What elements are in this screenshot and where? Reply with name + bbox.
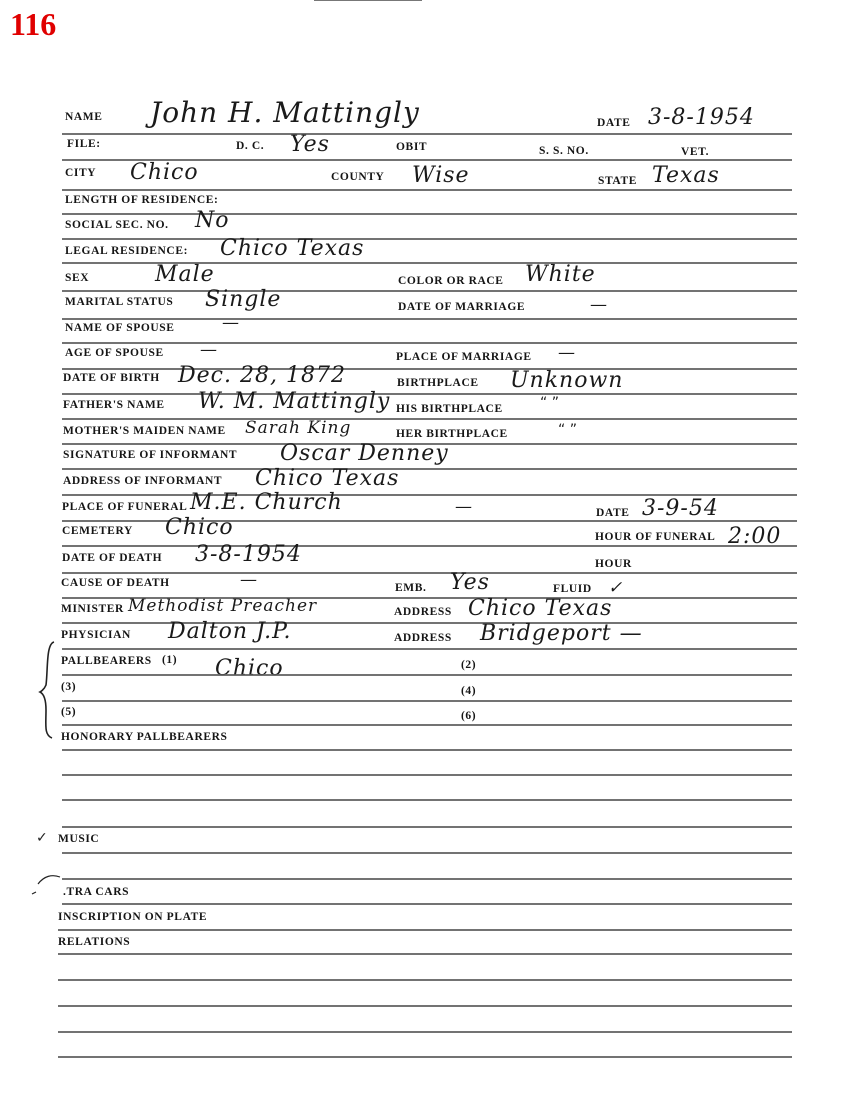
file-label: FILE: <box>67 138 101 150</box>
fathers-name-value[interactable]: W. M. Mattingly <box>198 389 390 414</box>
her-birthplace-value[interactable]: “ ” <box>558 422 577 438</box>
rule <box>62 133 792 135</box>
birthplace-label: BIRTHPLACE <box>397 377 479 389</box>
minister-address-value[interactable]: Chico Texas <box>468 596 612 621</box>
music-label: MUSIC <box>58 833 99 845</box>
cemetery-label: CEMETERY <box>62 525 133 537</box>
mothers-maiden-name-label: MOTHER'S MAIDEN NAME <box>63 425 226 437</box>
legal-residence-label: LEGAL RESIDENCE: <box>65 245 188 257</box>
inscription-on-plate-label: INSCRIPTION ON PLATE <box>58 911 207 923</box>
address-of-informant-value[interactable]: Chico Texas <box>255 466 399 491</box>
place-of-funeral-label: PLACE OF FUNERAL <box>62 501 187 513</box>
fathers-name-label: FATHER'S NAME <box>63 399 165 411</box>
minister-address-label: ADDRESS <box>394 606 452 618</box>
rule <box>62 903 792 905</box>
physician-address-value[interactable]: Bridgeport — <box>480 621 643 646</box>
music-line[interactable] <box>62 878 792 880</box>
social-sec-label: SOCIAL SEC. NO. <box>65 219 169 231</box>
minister-label: MINISTER <box>61 603 124 615</box>
legal-residence-value[interactable]: Chico Texas <box>220 236 364 261</box>
rule <box>62 418 797 420</box>
sex-label: SEX <box>65 272 89 284</box>
place-of-funeral-dash: — <box>455 497 473 517</box>
ss-no-label: S. S. NO. <box>539 145 589 157</box>
pallbearer-slot-2[interactable]: (2) <box>461 659 476 671</box>
rule <box>62 393 797 395</box>
his-birthplace-value[interactable]: “ ” <box>540 395 559 411</box>
rule <box>62 368 797 370</box>
date-of-birth-value[interactable]: Dec. 28, 1872 <box>178 363 346 388</box>
pallbearer-slot-1[interactable]: (1) <box>162 654 177 666</box>
physician-label: PHYSICIAN <box>61 629 131 641</box>
state-value[interactable]: Texas <box>652 163 720 188</box>
signature-of-informant-value[interactable]: Oscar Denney <box>280 441 449 466</box>
funeral-date-value[interactable]: 3-9-54 <box>642 496 719 521</box>
handwritten-brace-icon <box>38 640 58 740</box>
relations-line-2[interactable] <box>58 1005 792 1007</box>
pallbearer-slot-4[interactable]: (4) <box>461 685 476 697</box>
rule <box>62 572 797 574</box>
pallbearer-slot-5[interactable]: (5) <box>61 706 76 718</box>
place-of-marriage-label: PLACE OF MARRIAGE <box>396 351 532 363</box>
marital-status-label: MARITAL STATUS <box>65 296 173 308</box>
place-of-marriage-value[interactable]: — <box>558 343 576 363</box>
county-label: COUNTY <box>331 171 384 183</box>
honorary-line-1[interactable] <box>62 774 792 776</box>
rule <box>62 545 797 547</box>
date-of-death-label: DATE OF DEATH <box>62 552 162 564</box>
rule <box>62 468 797 470</box>
rule <box>62 749 792 751</box>
age-of-spouse-value[interactable]: — <box>200 340 218 360</box>
color-race-label: COLOR OR RACE <box>398 275 504 287</box>
sex-value[interactable]: Male <box>155 262 215 287</box>
pallbearer-slot-6[interactable]: (6) <box>461 710 476 722</box>
length-of-residence-label: LENGTH OF RESIDENCE: <box>65 194 218 206</box>
relations-label: RELATIONS <box>58 936 130 948</box>
pallbearers-label: PALLBEARERS <box>61 655 152 667</box>
relations-line-1[interactable] <box>58 979 792 981</box>
date-of-death-value[interactable]: 3-8-1954 <box>195 542 302 567</box>
name-label: NAME <box>65 111 103 123</box>
his-birthplace-label: HIS BIRTHPLACE <box>396 403 503 415</box>
date-of-birth-label: DATE OF BIRTH <box>63 372 160 384</box>
rule <box>62 700 792 702</box>
hour-label: HOUR <box>595 558 632 570</box>
relations-line-3[interactable] <box>58 1031 792 1033</box>
color-race-value[interactable]: White <box>525 262 596 287</box>
honorary-line-2[interactable] <box>62 799 792 801</box>
margin-checkmark-icon: ✓ <box>36 830 48 846</box>
name-value[interactable]: John H. Mattingly <box>150 96 420 129</box>
hour-of-funeral-label: HOUR OF FUNERAL <box>595 531 715 543</box>
funeral-date-label: DATE <box>596 507 630 519</box>
dc-label: D. C. <box>236 140 264 152</box>
pallbearer-slot-3[interactable]: (3) <box>61 681 76 693</box>
rule <box>62 724 792 726</box>
rule <box>62 290 797 292</box>
rule <box>58 929 792 931</box>
honorary-line-3[interactable] <box>62 826 792 828</box>
date-label: DATE <box>597 117 631 129</box>
rule <box>62 238 797 240</box>
rule <box>62 648 797 650</box>
marital-status-value[interactable]: Single <box>205 287 281 312</box>
minister-value[interactable]: Methodist Preacher <box>128 596 317 616</box>
name-of-spouse-label: NAME OF SPOUSE <box>65 322 175 334</box>
vet-label: VET. <box>681 146 709 158</box>
name-of-spouse-value[interactable]: — <box>222 313 240 333</box>
page-number: 116 <box>10 6 56 43</box>
rule <box>58 953 792 955</box>
date-of-marriage-value[interactable]: — <box>590 295 608 315</box>
rule <box>62 189 792 191</box>
fluid-checkmark[interactable]: ✓ <box>608 578 623 598</box>
age-of-spouse-label: AGE OF SPOUSE <box>65 347 164 359</box>
scan-edge-line <box>314 0 422 1</box>
pallbearers-note[interactable]: Chico <box>215 656 284 681</box>
relations-line-4[interactable] <box>58 1056 792 1058</box>
state-label: STATE <box>598 175 637 187</box>
cause-of-death-label: CAUSE OF DEATH <box>61 577 170 589</box>
rule <box>62 213 797 215</box>
extra-cars-label: .TRA CARS <box>63 886 129 898</box>
cemetery-value[interactable]: Chico <box>165 515 234 540</box>
date-value[interactable]: 3-8-1954 <box>648 105 755 130</box>
place-of-funeral-value[interactable]: M.E. Church <box>190 490 343 515</box>
birthplace-value[interactable]: Unknown <box>510 368 623 393</box>
emb-label: EMB. <box>395 582 426 594</box>
rule <box>62 318 797 320</box>
cause-of-death-value[interactable]: — <box>240 570 258 590</box>
city-value[interactable]: Chico <box>130 160 199 185</box>
mothers-maiden-name-value[interactable]: Sarah King <box>245 418 351 438</box>
social-sec-value[interactable]: No <box>195 208 230 233</box>
signature-of-informant-label: SIGNATURE OF INFORMANT <box>63 449 237 461</box>
address-of-informant-label: ADDRESS OF INFORMANT <box>63 475 222 487</box>
rule <box>62 674 792 676</box>
date-of-marriage-label: DATE OF MARRIAGE <box>398 301 525 313</box>
emb-value[interactable]: Yes <box>450 570 490 595</box>
physician-address-label: ADDRESS <box>394 632 452 644</box>
honorary-pallbearers-label: HONORARY PALLBEARERS <box>61 731 228 743</box>
county-value[interactable]: Wise <box>412 163 470 188</box>
obit-label: OBIT <box>396 141 427 153</box>
her-birthplace-label: HER BIRTHPLACE <box>396 428 508 440</box>
fluid-label: FLUID <box>553 583 592 595</box>
city-label: CITY <box>65 167 96 179</box>
physician-value[interactable]: Dalton J.P. <box>168 619 291 644</box>
rule <box>62 342 797 344</box>
dc-value[interactable]: Yes <box>290 132 330 157</box>
rule <box>62 852 792 854</box>
